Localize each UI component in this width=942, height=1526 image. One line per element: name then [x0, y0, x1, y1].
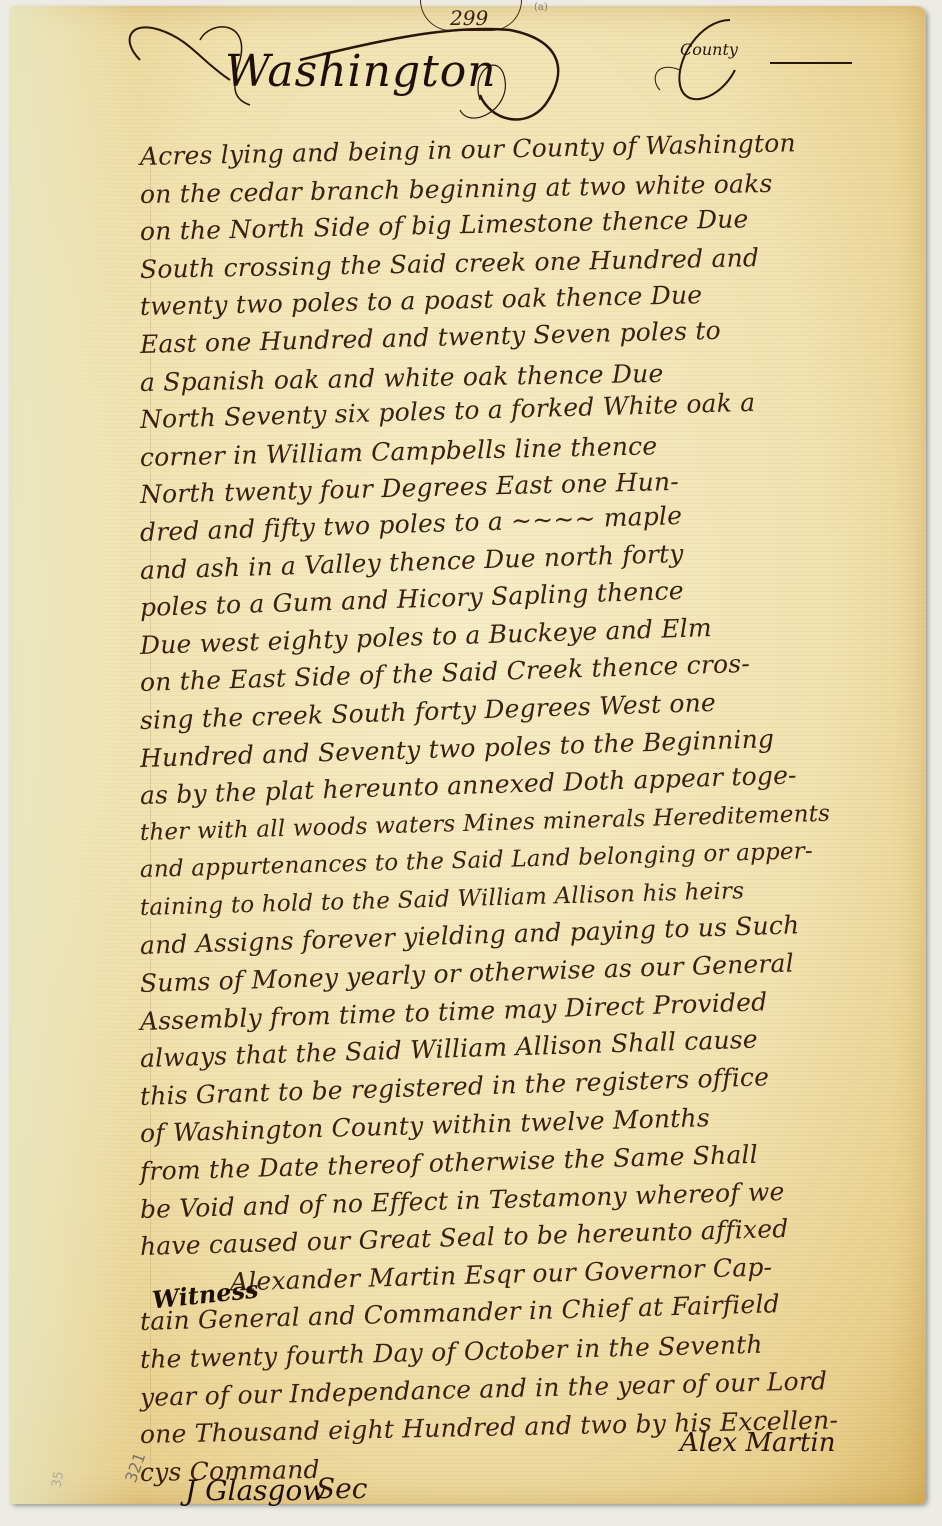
heading-dash	[770, 62, 852, 64]
pencil-annotation-faint: 35	[49, 1470, 67, 1489]
county-heading: Washington	[225, 46, 497, 97]
paper-discoloration	[10, 6, 140, 1504]
secretary-title: Sec	[316, 1472, 367, 1505]
county-label: County	[680, 40, 738, 59]
governor-signature: Alex Martin	[680, 1428, 835, 1458]
secretary-signature: J Glasgow	[185, 1474, 326, 1507]
